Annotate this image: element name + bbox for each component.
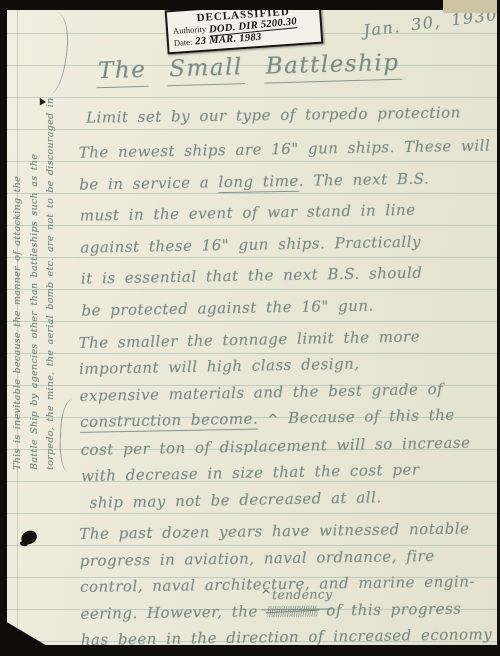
title-word: Small [167,54,245,86]
backing-sheet-corner [443,0,498,13]
authority-label: Authority [173,24,207,36]
correction: ^tendency [267,597,317,624]
scan-edge-left [0,0,7,656]
document-scan: This is inevitable because the manner of… [0,0,500,656]
scan-edge-top [0,0,447,10]
date-label: Date: [174,37,193,48]
margin-note-line: This is inevitable because the manner of… [10,18,27,470]
underlined-phrase: long time [218,171,299,192]
insertion-caret: ^ [267,412,279,427]
scan-edge-bottom [0,645,500,656]
underlined-phrase: construction become. [80,409,258,432]
insertion-caret: ^ [261,588,272,603]
inserted-word: ^tendency [261,581,333,610]
title-word: Battleship [263,50,402,84]
paragraph-3: The past dozen years have witnessed nota… [79,515,491,653]
paragraph-2: The smaller the tonnage limit the more i… [78,322,491,516]
paragraph-1: The newest ships are 16" gun ships. Thes… [78,130,491,326]
title-word: The [96,57,149,88]
